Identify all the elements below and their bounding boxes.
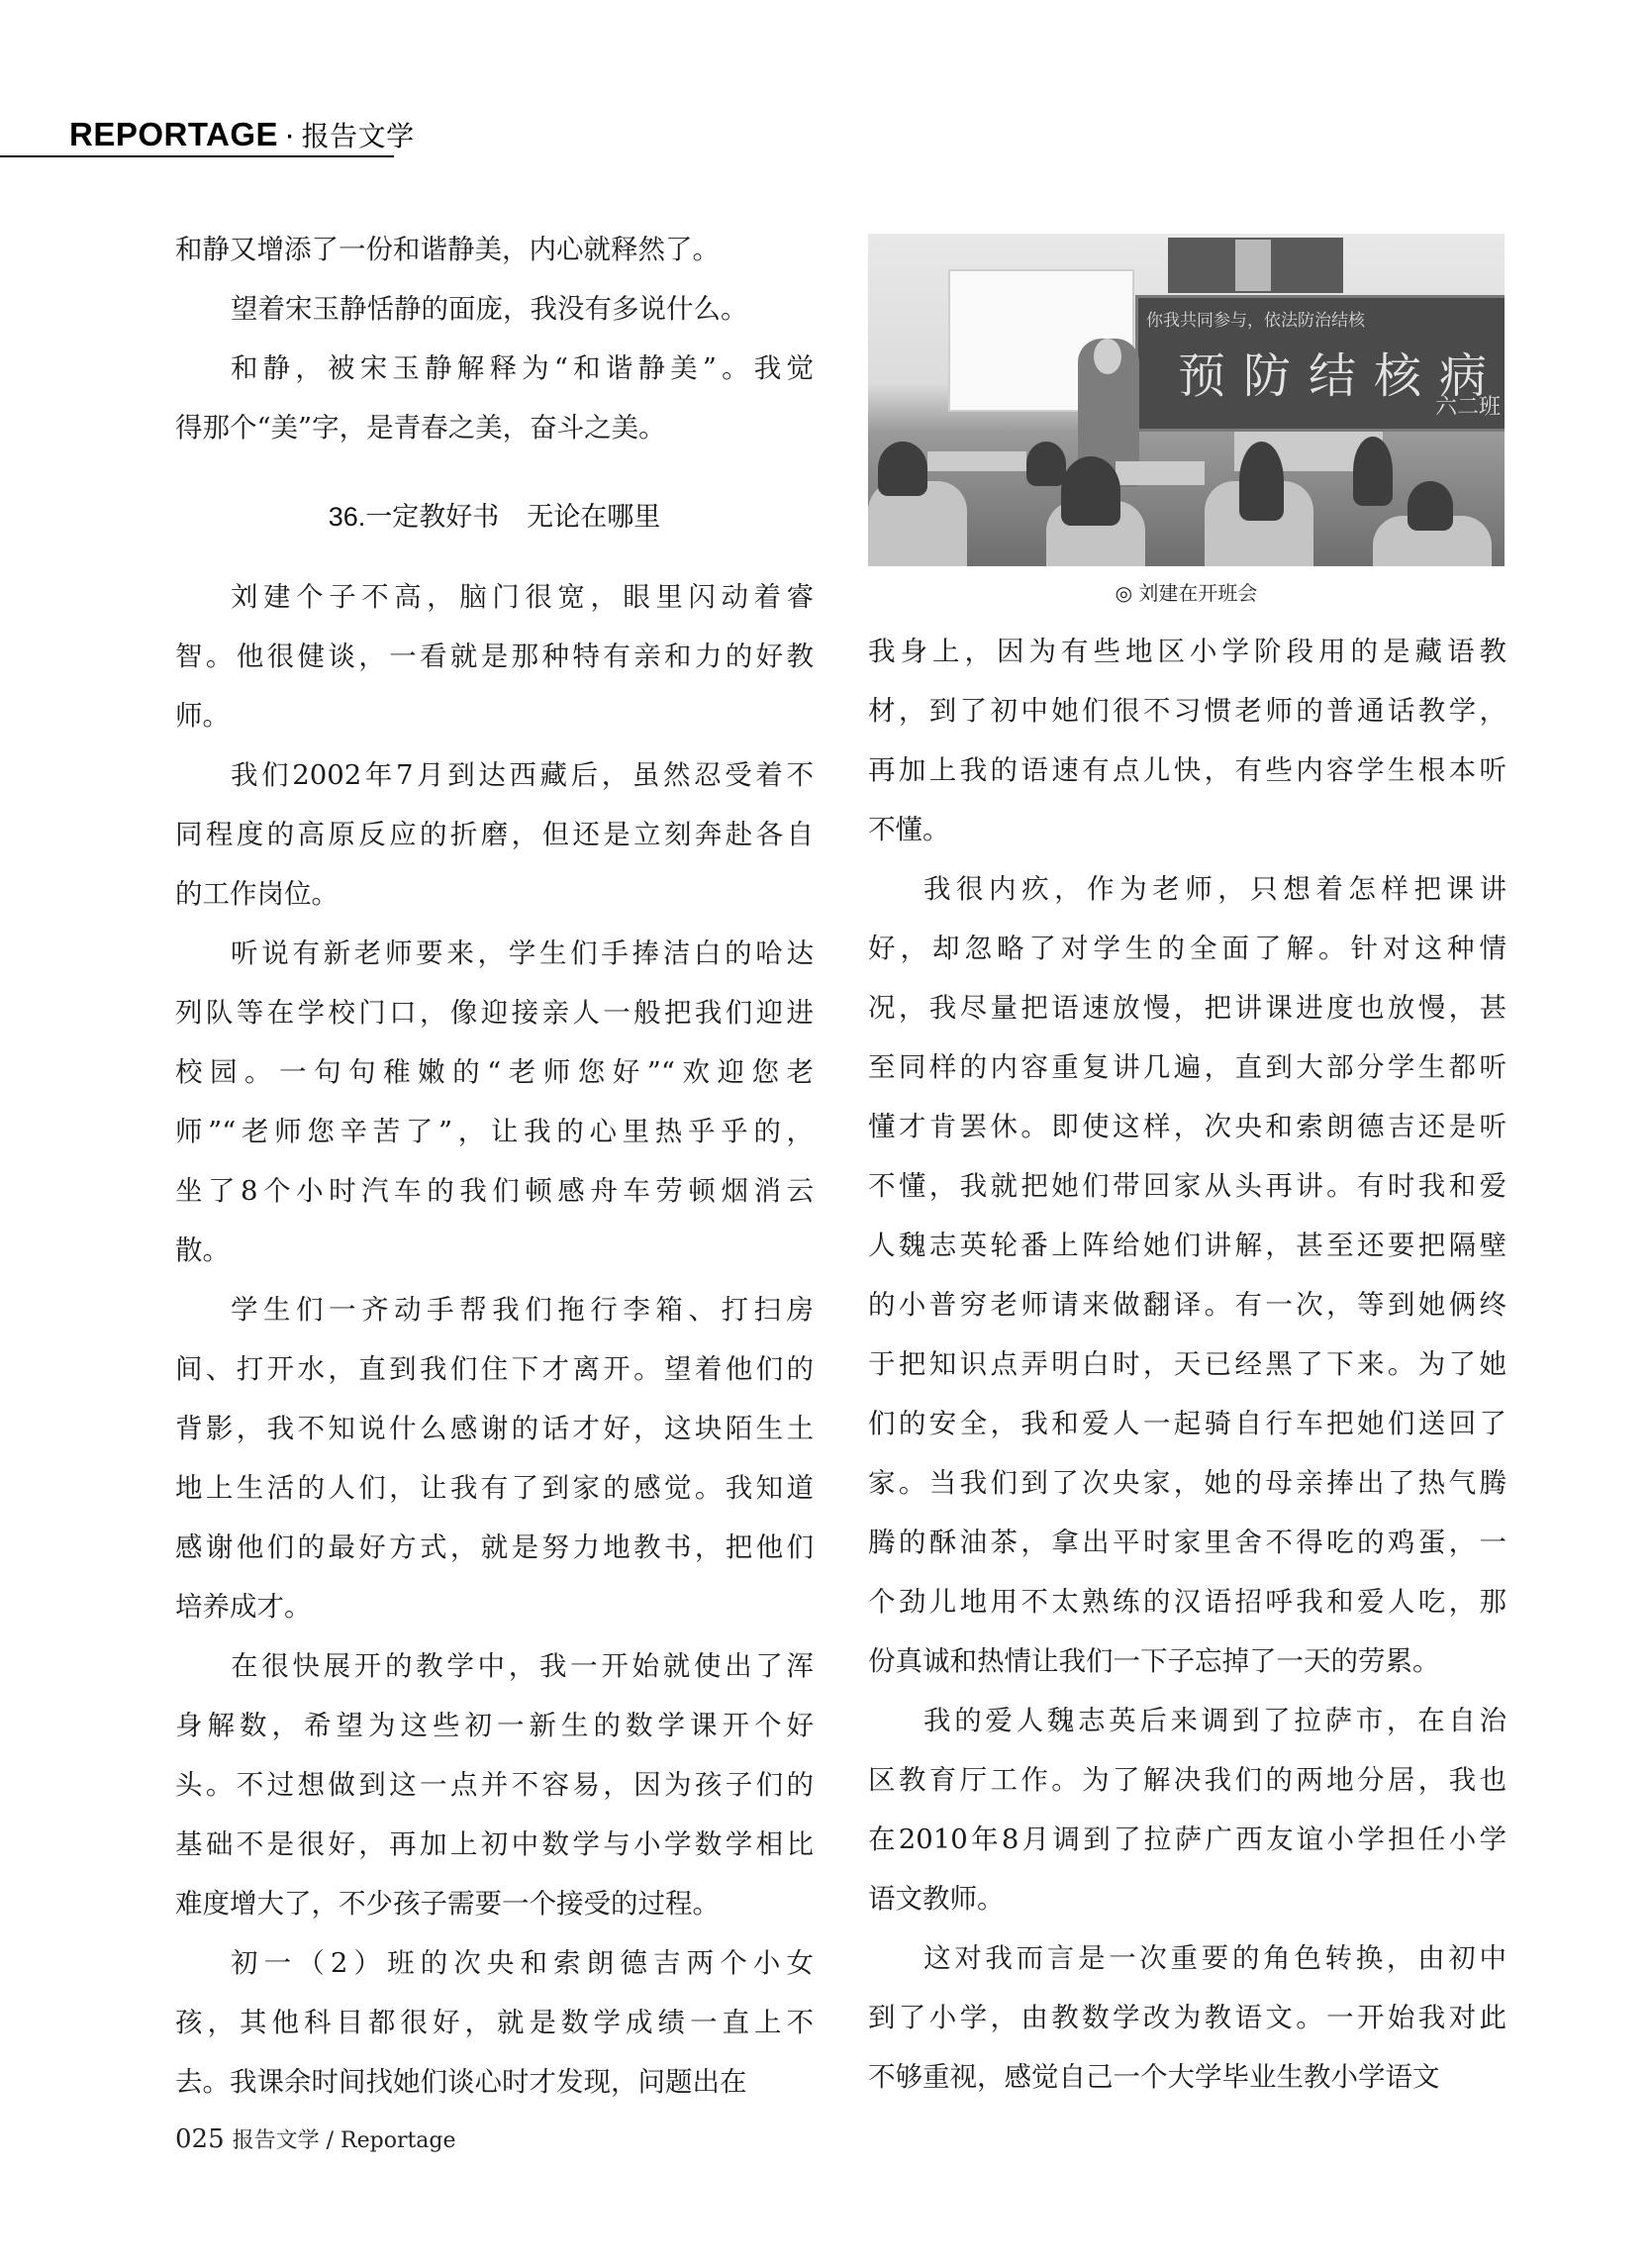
text-line: 好，却忽略了对学生的全面了解。针对这种情 [868,919,1506,978]
header-rule [0,155,394,157]
photo-caption: ◎ 刘建在开班会 [868,577,1505,606]
text-line: 份真诚和热情让我们一下子忘掉了一天的劳累。 [868,1631,1506,1691]
text-line: 初一（2）班的次央和索朗德吉两个小女 [175,1933,814,1993]
text-line: 语文教师。 [868,1869,1506,1928]
brand-separator: · [284,116,296,152]
text-line: 的工作岗位。 [175,864,814,924]
portrait [1235,240,1271,291]
text-line: 刘建个子不高，脑门很宽，眼里闪动着睿 [175,567,814,627]
text-line: 学生们一齐动手帮我们拖行李箱、打扫房 [175,1280,814,1339]
text-line: 不懂。 [868,800,1506,859]
blackboard: 你我共同参与，依法防治结核 预防结核病 六二班 [1135,295,1505,432]
right-column: 我身上，因为有些地区小学阶段用的是藏语教材，到了初中她们很不习惯老师的普通话教学… [868,622,1506,2107]
text-line: 师”“老师您辛苦了”，让我的心里热乎乎的， [175,1102,814,1161]
blackboard-slogan: 你我共同参与，依法防治结核 [1146,306,1365,331]
text-line: 头。不过想做到这一点并不容易，因为孩子们的 [175,1755,814,1815]
text-line: 再加上我的语速有点儿快，有些内容学生根本听 [868,740,1506,800]
text-line: 得那个“美”字，是青春之美，奋斗之美。 [175,398,814,457]
text-line: 们的安全，我和爱人一起骑自行车把她们送回了 [868,1394,1506,1453]
paragraph: 这对我而言是一次重要的角色转换，由初中到了小学，由教数学改为教语文。一开始我对此… [868,1928,1506,2107]
student-head [1408,481,1453,531]
left-column-top: 和静又增添了一份和谐静美，内心就释然了。望着宋玉静恬静的面庞，我没有多说什么。和… [175,220,814,457]
page-footer: 025报告文学 / Reportage [175,2123,456,2154]
student-head [1239,442,1284,521]
text-line: 腾的酥油茶，拿出平时家里舍不得吃的鸡蛋，一 [868,1513,1506,1572]
paragraph: 望着宋玉静恬静的面庞，我没有多说什么。 [175,279,814,339]
paragraph: 我身上，因为有些地区小学阶段用的是藏语教材，到了初中她们很不习惯老师的普通话教学… [868,622,1506,859]
paragraph: 和静又增添了一份和谐静美，内心就释然了。 [175,220,814,279]
section-title: 36.一定教好书无论在哪里 [175,495,814,534]
text-line: 人魏志英轮番上阵给她们讲解，甚至还要把隔壁 [868,1216,1506,1275]
text-line: 在2010年8月调到了拉萨广西友谊小学担任小学 [868,1810,1506,1869]
student-head [1061,456,1120,526]
text-line: 去。我课余时间找她们谈心时才发现，问题出在 [175,2052,814,2112]
text-line: 孩，其他科目都很好，就是数学成绩一直上不 [175,1993,814,2052]
text-line: 区教育厅工作。为了解决我们的两地分居，我也 [868,1750,1506,1810]
text-line: 身解数，希望为这些初一新生的数学课开个好 [175,1696,814,1755]
text-line: 我很内疚，作为老师，只想着怎样把课讲 [868,859,1506,919]
flags-and-portrait [1168,238,1343,293]
text-line: 至同样的内容重复讲几遍，直到大部分学生都听 [868,1037,1506,1097]
text-line: 到了小学，由教数学改为教语文。一开始我对此 [868,1988,1506,2047]
text-line: 听说有新老师要来，学生们手捧洁白的哈达 [175,924,814,983]
page-number: 025 [175,2124,225,2154]
paragraph: 我的爱人魏志英后来调到了拉萨市，在自治区教育厅工作。为了解决我们的两地分居，我也… [868,1691,1506,1928]
text-line: 在很快展开的教学中，我一开始就使出了浑 [175,1636,814,1696]
text-line: 这对我而言是一次重要的角色转换，由初中 [868,1928,1506,1988]
section-title-main: 36.一定教好书 [329,502,500,532]
text-line: 校园。一句句稚嫩的“老师您好”“欢迎您老 [175,1042,814,1102]
brand-en: REPORTAGE [69,116,278,152]
paragraph: 和静，被宋玉静解释为“和谐静美”。我觉得那个“美”字，是青春之美，奋斗之美。 [175,339,814,457]
text-line: 基础不是很好，再加上初中数学与小学数学相比 [175,1815,814,1874]
text-line: 不懂，我就把她们带回家从头再讲。有时我和爱 [868,1156,1506,1216]
text-line: 坐了8个小时汽车的我们顿感舟车劳顿烟消云 [175,1161,814,1221]
blackboard-class: 六二班 [1435,390,1501,421]
text-line: 同程度的高原反应的折磨，但还是立刻奔赴各自 [175,805,814,864]
text-line: 散。 [175,1221,814,1280]
text-line: 智。他很健谈，一看就是那种特有亲和力的好教 [175,627,814,686]
left-column-body: 刘建个子不高，脑门很宽，眼里闪动着睿智。他很健谈，一看就是那种特有亲和力的好教师… [175,567,814,2112]
running-header: REPORTAGE·报告文学 [0,109,396,158]
text-line: 家。当我们到了次央家，她的母亲捧出了热气腾 [868,1453,1506,1513]
paragraph: 学生们一齐动手帮我们拖行李箱、打扫房间、打开水，直到我们住下才离开。望着他们的背… [175,1280,814,1636]
text-line: 望着宋玉静恬静的面庞，我没有多说什么。 [175,279,814,339]
text-line: 感谢他们的最好方式，就是努力地教书，把他们 [175,1518,814,1577]
journal-name: 报告文学 / Reportage [233,2128,456,2153]
paragraph: 在很快展开的教学中，我一开始就使出了浑身解数，希望为这些初一新生的数学课开个好头… [175,1636,814,1933]
paragraph: 刘建个子不高，脑门很宽，眼里闪动着睿智。他很健谈，一看就是那种特有亲和力的好教师… [175,567,814,745]
desk [1116,461,1205,485]
text-line: 地上生活的人们，让我有了到家的感觉。我知道 [175,1458,814,1518]
text-line: 我们2002年7月到达西藏后，虽然忍受着不 [175,745,814,805]
text-line: 师。 [175,686,814,745]
paragraph: 我很内疚，作为老师，只想着怎样把课讲好，却忽略了对学生的全面了解。针对这种情况，… [868,859,1506,1691]
text-line: 个劲儿地用不太熟练的汉语招呼我和爱人吃，那 [868,1572,1506,1631]
text-line: 和静，被宋玉静解释为“和谐静美”。我觉 [175,339,814,398]
text-line: 我的爱人魏志英后来调到了拉萨市，在自治 [868,1691,1506,1750]
classroom-photo: 你我共同参与，依法防治结核 预防结核病 六二班 [868,234,1505,566]
brand-cn: 报告文学 [302,121,415,151]
text-line: 于把知识点弄明白时，天已经黑了下来。为了她 [868,1334,1506,1394]
section-title-sub: 无论在哪里 [527,502,660,532]
text-line: 间、打开水，直到我们住下才离开。望着他们的 [175,1339,814,1399]
text-line: 难度增大了，不少孩子需要一个接受的过程。 [175,1874,814,1933]
text-line: 列队等在学校门口，像迎接亲人一般把我们迎进 [175,983,814,1042]
text-line: 懂才肯罢休。即使这样，次央和索朗德吉还是听 [868,1097,1506,1156]
text-line: 和静又增添了一份和谐静美，内心就释然了。 [175,220,814,279]
paragraph: 我们2002年7月到达西藏后，虽然忍受着不同程度的高原反应的折磨，但还是立刻奔赴… [175,745,814,924]
student-head [878,442,927,496]
text-line: 背影，我不知说什么感谢的话才好，这块陌生土 [175,1399,814,1458]
text-line: 不够重视，感觉自己一个大学毕业生教小学语文 [868,2047,1506,2107]
student-head [1353,437,1393,506]
text-line: 材，到了初中她们很不习惯老师的普通话教学， [868,681,1506,740]
paragraph: 听说有新老师要来，学生们手捧洁白的哈达列队等在学校门口，像迎接亲人一般把我们迎进… [175,924,814,1280]
paragraph: 初一（2）班的次央和索朗德吉两个小女孩，其他科目都很好，就是数学成绩一直上不去。… [175,1933,814,2112]
text-line: 我身上，因为有些地区小学阶段用的是藏语教 [868,622,1506,681]
desk [927,451,1026,471]
text-line: 况，我尽量把语速放慢，把讲课进度也放慢，甚 [868,978,1506,1037]
student-head [1026,442,1066,486]
teacher-head [1094,339,1121,374]
text-line: 培养成才。 [175,1577,814,1636]
journal-brand: REPORTAGE·报告文学 [69,115,415,154]
text-line: 的小普穷老师请来做翻译。有一次，等到她俩终 [868,1275,1506,1334]
